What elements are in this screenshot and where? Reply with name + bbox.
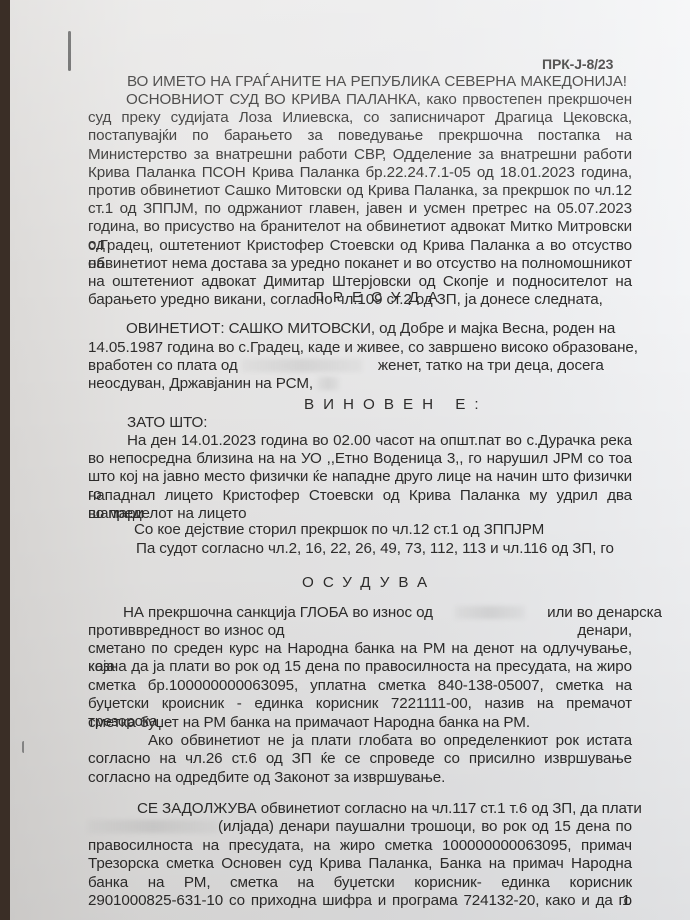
facts-line: На ден 14.01.2023 година во 02.00 часот … [127, 432, 632, 450]
document-page: ПРК-Ј-8/23 ВО ИМЕТО НА ГРАЃАНИТЕ НА РЕПУ… [10, 0, 690, 920]
redacted-area [455, 606, 525, 619]
fine-line: сметка бр.100000000063095, уплатна сметк… [88, 677, 632, 695]
intro-line: суд преку судијата Лоза Илиевска, со зап… [88, 109, 632, 127]
costs-line: (илјада) денари паушални трошоци, во рок… [88, 818, 632, 836]
intro-line: ОСНОВНИОТ СУД ВО КРИВА ПАЛАНКА, како прв… [126, 91, 632, 109]
facts-line: во непосредна близина на на УО ,,Етно Во… [88, 450, 632, 468]
defendant-line: вработен со плата од женет, татко на три… [88, 357, 604, 375]
offense-line: Со кое дејствие сторил прекршок по чл.12… [134, 521, 544, 539]
enforcement-line: согласно на одредбите од Законот за извр… [88, 769, 445, 787]
page-number: 1 [622, 892, 630, 910]
fine-denar-label: или во денарска [547, 604, 662, 621]
redacted-area [88, 820, 218, 833]
case-number: ПРК-Ј-8/23 [542, 55, 613, 73]
fine-line: противвредност во износ од денари, [88, 622, 632, 640]
costs-line: банка на РМ, сметка на буџетски корисник… [88, 874, 632, 892]
offense-line: Па судот согласно чл.2, 16, 22, 26, 49, … [136, 540, 614, 558]
fine-line: сметка буџет на РМ банка на примачаот На… [88, 714, 530, 732]
intro-line: постапувајќи по барањето за поведување п… [88, 127, 632, 145]
costs-line: СЕ ЗАДОЛЖУВА обвинетиот согласно на чл.1… [137, 800, 642, 818]
defendant-line: ОВИНЕТИОТ: САШКО МИТОВСКИ, од Добре и ма… [126, 320, 590, 338]
redacted-area [242, 359, 362, 372]
redacted-area [317, 377, 339, 390]
fine-line: казна да ја плати во рок од 15 дена по п… [88, 658, 632, 676]
fine-label: НА прекршочна санкција ГЛОБА во износ од [123, 604, 433, 621]
costs-amount-text: (илјада) денари паушални трошоци, во рок… [218, 818, 632, 836]
fine-line: НА прекршочна санкција ГЛОБА во износ од… [123, 604, 662, 622]
fine-equivalent-label: противвредност во износ од [88, 622, 284, 639]
intro-line: Крива Паланка ПСОН Крива Паланка бр.22.2… [88, 164, 632, 182]
pen-mark [68, 31, 71, 71]
guilty-title: ВИНОВЕН Е: [304, 396, 488, 414]
defendant-line: неосдуван, Државјанин на РСМ, [88, 375, 339, 393]
document-header: ВО ИМЕТО НА ГРАЃАНИТЕ НА РЕПУБЛИКА СЕВЕР… [127, 73, 627, 91]
costs-line: правосилноста на пресудата, на жиро смет… [88, 837, 632, 855]
defendant-citizenship: неосдуван, Државјанин на РСМ, [88, 375, 313, 392]
intro-line: Министерство за внатрешни работи СВР, Од… [88, 146, 632, 164]
costs-line: Трезорска сметка Основен суд Крива Палан… [88, 855, 632, 873]
sentence-title: ОСУДУВА [302, 574, 436, 592]
costs-line: 2901000825-631-10 со приходна шифра и пр… [88, 892, 632, 910]
intro-line: против обвинетиот Сашко Митовски од Крив… [88, 182, 632, 200]
verdict-title: ПРЕСУДА [313, 289, 447, 307]
fine-currency: денари, [577, 622, 632, 640]
pen-mark [22, 741, 27, 753]
enforcement-line: Ако обвинетиот не ја плати глобата во оп… [148, 732, 632, 750]
enforcement-line: согласно на чл.26 ст.6 од ЗП ќе се спров… [88, 750, 632, 768]
because-label: ЗАТО ШТО: [127, 414, 207, 432]
intro-line: обвинетиот нема достава за уредно покане… [88, 255, 632, 273]
defendant-line: 14.05.1987 година во с.Градец, каде и жи… [88, 339, 638, 357]
defendant-salary-label: вработен со плата од [88, 357, 238, 374]
intro-line: ст.1 од ЗППЈМ, по одржаниот главен, јаве… [88, 200, 632, 218]
defendant-family-status: женет, татко на три деца, досега [378, 357, 604, 374]
